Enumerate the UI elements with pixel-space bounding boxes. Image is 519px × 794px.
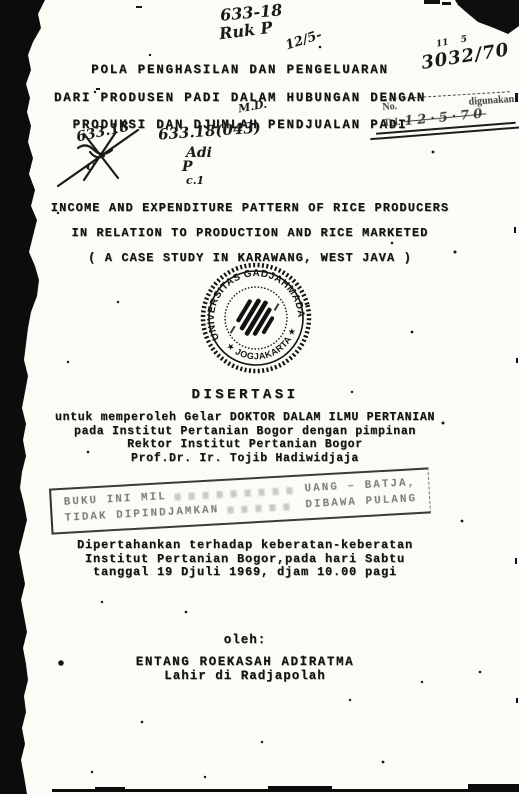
english-title-line2: IN RELATION TO PRODUCTION AND RICE MARKE… (25, 221, 475, 246)
defense-line3: tanggal 19 Djuli 1969, djam 10.00 pagi (30, 566, 460, 580)
faded-ink-smudge (227, 502, 298, 513)
stamp-tgl-label: Tgl. (383, 117, 401, 129)
library-restriction-stamp: BUKU INI MIL UANG – BATJA, TIDAK DIPINDJ… (49, 467, 431, 534)
handwritten-copy-number: c.1 (186, 174, 204, 187)
handwritten-small-date: 12/5- (284, 28, 324, 54)
disertasi-line1: untuk memperoleh Gelar DOKTOR DALAM ILMU… (30, 411, 460, 425)
handwritten-crossed-letter: c (86, 158, 95, 174)
author-name: ENTANG ROEKASAH ADIRATMA (30, 656, 460, 669)
stamp-center-hatch-marks (229, 289, 282, 348)
oleh-label: oleh: (30, 634, 460, 647)
defense-paragraph: Dipertahankan terhadap keberatan-keberat… (30, 539, 460, 580)
disertasi-heading: DISERTASI (30, 387, 460, 403)
defense-line1: Dipertahankan terhadap keberatan-keberat… (30, 539, 460, 553)
scanned-dissertation-title-page: { "handwriting": { "call_top": "633-18",… (0, 0, 519, 794)
defense-line2: Institut Pertanian Bogor,pada hari Sabtu (30, 553, 460, 567)
disertasi-paragraph: untuk memperoleh Gelar DOKTOR DALAM ILMU… (30, 411, 460, 465)
disertasi-line2: pada Institut Pertanian Bogor dengan pim… (30, 425, 460, 439)
author-birthplace: Lahir di Radjapolah (30, 670, 460, 683)
author-block: oleh: ENTANG ROEKASAH ADIRATMA Lahir di … (30, 634, 460, 683)
handwritten-p-code: P (182, 159, 193, 175)
page-content: 633-18 Ruk P 12/5- 11 5 3032/70 POLA PEN… (0, 0, 519, 794)
indonesian-title-line1: POLA PENGHASILAN DAN PENGELUARAN (30, 57, 450, 85)
library-date-stamp: No. digunakan Tgl. 12·5·70 (380, 91, 518, 138)
disertasi-line4: Prof.Dr. Ir. Tojib Hadiwidjaja (30, 452, 460, 466)
disertasi-line3: Rektor Institut Pertanian Bogor (30, 438, 460, 452)
english-title-line1: INCOME AND EXPENDITURE PATTERN OF RICE P… (25, 196, 475, 221)
